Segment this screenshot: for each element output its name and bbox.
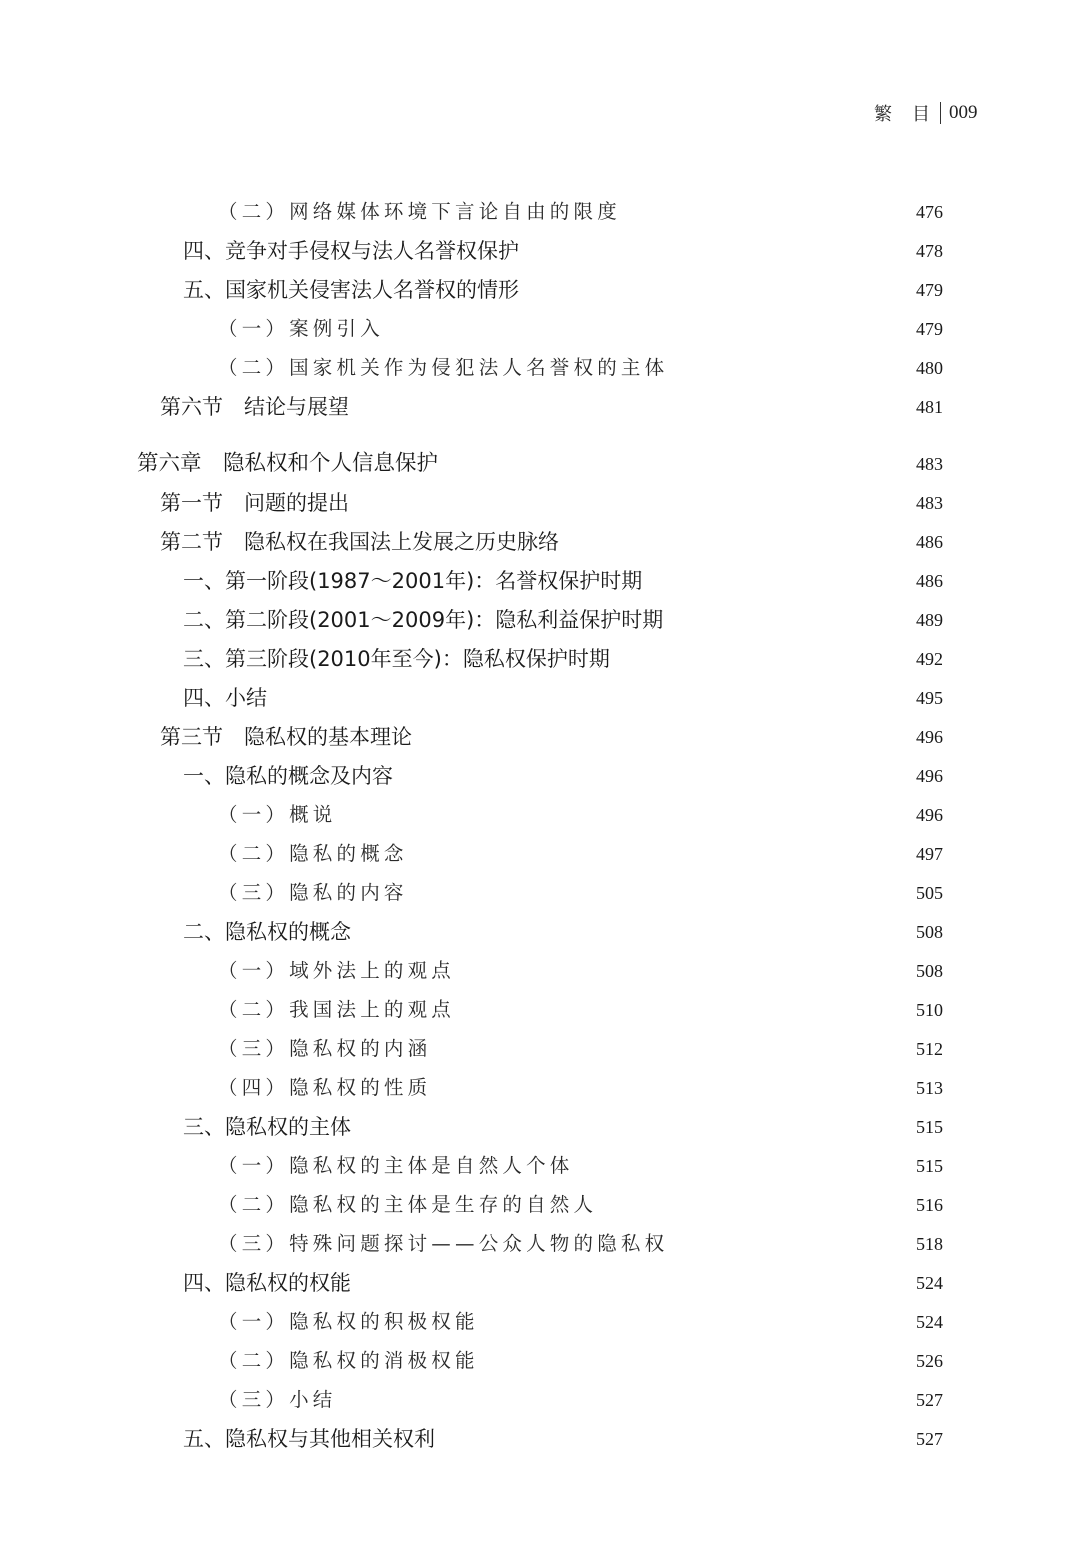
toc-entry-page-number: 497	[883, 839, 943, 869]
toc-entry-title[interactable]: （一）概说	[218, 800, 337, 830]
toc-entry[interactable]: （一）域外法上的观点508	[0, 956, 1080, 986]
toc-entry-page-number: 527	[883, 1385, 943, 1415]
toc-entry-title[interactable]: 二、隐私权的概念	[183, 917, 351, 947]
toc-entry-title[interactable]: 一、隐私的概念及内容	[183, 761, 393, 791]
toc-entry-title[interactable]: （二）隐私权的主体是生存的自然人	[218, 1190, 597, 1220]
toc-entry-page-number: 518	[883, 1229, 943, 1259]
toc-entry[interactable]: （一）概说496	[0, 800, 1080, 830]
toc-entry-page-number: 524	[883, 1268, 943, 1298]
toc-entry[interactable]: 第一节 问题的提出483	[0, 488, 1080, 518]
toc-entry-title[interactable]: 三、第三阶段(2010年至今)：隐私权保护时期	[183, 644, 610, 674]
toc-entry-title[interactable]: 五、隐私权与其他相关权利	[183, 1424, 435, 1454]
toc-entry-title[interactable]: 第六章 隐私权和个人信息保护	[137, 449, 438, 479]
toc-entry-title[interactable]: （三）隐私权的内涵	[218, 1034, 431, 1064]
toc-entry-page-number: 478	[883, 236, 943, 266]
toc-entry-page-number: 515	[883, 1112, 943, 1142]
toc-entry-title[interactable]: （一）隐私权的主体是自然人个体	[218, 1151, 574, 1181]
toc-entry-title[interactable]: （二）国家机关作为侵犯法人名誉权的主体	[218, 353, 668, 383]
toc-entry[interactable]: （四）隐私权的性质513	[0, 1073, 1080, 1103]
toc-entry-page-number: 492	[883, 644, 943, 674]
running-head: 繁目 009	[874, 100, 978, 126]
toc-entry-title[interactable]: （二）隐私的概念	[218, 839, 408, 869]
toc-entry-title[interactable]: 第二节 隐私权在我国法上发展之历史脉络	[160, 527, 559, 557]
toc-entry-page-number: 479	[883, 314, 943, 344]
toc-entry-title[interactable]: 四、竞争对手侵权与法人名誉权保护	[183, 236, 519, 266]
toc-entry-title[interactable]: 四、小结	[183, 683, 267, 713]
toc-entry-title[interactable]: 第六节 结论与展望	[160, 392, 349, 422]
toc-entry[interactable]: （二）网络媒体环境下言论自由的限度476	[0, 197, 1080, 227]
toc-entry-page-number: 513	[883, 1073, 943, 1103]
toc-entry[interactable]: 五、隐私权与其他相关权利527	[0, 1424, 1080, 1454]
toc-entry-page-number: 480	[883, 353, 943, 383]
toc-entry[interactable]: 第六节 结论与展望481	[0, 392, 1080, 422]
toc-entry-title[interactable]: （二）我国法上的观点	[218, 995, 455, 1025]
toc-entry-page-number: 479	[883, 275, 943, 305]
toc-entry[interactable]: 四、竞争对手侵权与法人名誉权保护478	[0, 236, 1080, 266]
toc-entry[interactable]: （一）案例引入479	[0, 314, 1080, 344]
toc-entry-page-number: 483	[883, 488, 943, 518]
toc-entry-title[interactable]: 三、隐私权的主体	[183, 1112, 351, 1142]
toc-entry[interactable]: 第二节 隐私权在我国法上发展之历史脉络486	[0, 527, 1080, 557]
toc-entry-page-number: 526	[883, 1346, 943, 1376]
toc-entry-page-number: 510	[883, 995, 943, 1025]
toc-entry-page-number: 496	[883, 722, 943, 752]
toc-entry[interactable]: 四、隐私权的权能524	[0, 1268, 1080, 1298]
running-head-divider	[940, 102, 941, 124]
toc-entry-title[interactable]: 五、国家机关侵害法人名誉权的情形	[183, 275, 519, 305]
toc-entry-page-number: 505	[883, 878, 943, 908]
toc-entry-page-number: 516	[883, 1190, 943, 1220]
toc-entry[interactable]: （三）小结527	[0, 1385, 1080, 1415]
toc-entry[interactable]: （二）隐私权的消极权能526	[0, 1346, 1080, 1376]
toc-entry-page-number: 496	[883, 800, 943, 830]
toc-entry-page-number: 496	[883, 761, 943, 791]
toc-entry-page-number: 489	[883, 605, 943, 635]
toc-entry-page-number: 495	[883, 683, 943, 713]
toc-entry[interactable]: 二、隐私权的概念508	[0, 917, 1080, 947]
toc-entry-page-number: 486	[883, 527, 943, 557]
toc-entry-title[interactable]: （三）特殊问题探讨——公众人物的隐私权	[218, 1229, 668, 1259]
toc-entry-title[interactable]: （二）网络媒体环境下言论自由的限度	[218, 197, 621, 227]
toc-entry-title[interactable]: （二）隐私权的消极权能	[218, 1346, 479, 1376]
toc-entry[interactable]: （一）隐私权的主体是自然人个体515	[0, 1151, 1080, 1181]
toc-entry-title[interactable]: 一、第一阶段(1987～2001年)：名誉权保护时期	[183, 566, 642, 596]
toc-entry-page-number: 483	[883, 449, 943, 479]
toc-entry[interactable]: 三、第三阶段(2010年至今)：隐私权保护时期492	[0, 644, 1080, 674]
toc-entry[interactable]: （三）隐私权的内涵512	[0, 1034, 1080, 1064]
toc-entry[interactable]: （二）隐私的概念497	[0, 839, 1080, 869]
toc-entry[interactable]: 二、第二阶段(2001～2009年)：隐私利益保护时期489	[0, 605, 1080, 635]
toc-entry[interactable]: （一）隐私权的积极权能524	[0, 1307, 1080, 1337]
toc-entry-page-number: 486	[883, 566, 943, 596]
running-head-page-number: 009	[949, 102, 978, 124]
toc-entry-title[interactable]: 二、第二阶段(2001～2009年)：隐私利益保护时期	[183, 605, 663, 635]
toc-entry-page-number: 481	[883, 392, 943, 422]
toc-entry-page-number: 515	[883, 1151, 943, 1181]
toc-entry-page-number: 527	[883, 1424, 943, 1454]
toc-entry[interactable]: 第六章 隐私权和个人信息保护483	[0, 449, 1080, 479]
toc-entry-title[interactable]: （一）隐私权的积极权能	[218, 1307, 479, 1337]
toc-entry[interactable]: （二）隐私权的主体是生存的自然人516	[0, 1190, 1080, 1220]
toc-entry[interactable]: 一、第一阶段(1987～2001年)：名誉权保护时期486	[0, 566, 1080, 596]
toc-entry-page-number: 524	[883, 1307, 943, 1337]
toc-entry-title[interactable]: （三）小结	[218, 1385, 337, 1415]
toc-entry-title[interactable]: （四）隐私权的性质	[218, 1073, 431, 1103]
toc-entry[interactable]: （三）特殊问题探讨——公众人物的隐私权518	[0, 1229, 1080, 1259]
toc-entry-page-number: 476	[883, 197, 943, 227]
toc-entry[interactable]: 三、隐私权的主体515	[0, 1112, 1080, 1142]
toc-entry-title[interactable]: 第三节 隐私权的基本理论	[160, 722, 412, 752]
toc-entry[interactable]: 第三节 隐私权的基本理论496	[0, 722, 1080, 752]
toc-entry-title[interactable]: 第一节 问题的提出	[160, 488, 349, 518]
toc-entry[interactable]: （三）隐私的内容505	[0, 878, 1080, 908]
toc-entry[interactable]: 五、国家机关侵害法人名誉权的情形479	[0, 275, 1080, 305]
toc-entry-page-number: 512	[883, 1034, 943, 1064]
toc-entry-title[interactable]: （一）案例引入	[218, 314, 384, 344]
toc-entry[interactable]: （二）我国法上的观点510	[0, 995, 1080, 1025]
toc-entry[interactable]: 四、小结495	[0, 683, 1080, 713]
running-head-title: 繁目	[874, 100, 950, 126]
toc-entry-page-number: 508	[883, 956, 943, 986]
toc-entry-page-number: 508	[883, 917, 943, 947]
toc-entry-title[interactable]: 四、隐私权的权能	[183, 1268, 351, 1298]
toc-entry-title[interactable]: （三）隐私的内容	[218, 878, 408, 908]
toc-entry-title[interactable]: （一）域外法上的观点	[218, 956, 455, 986]
toc-entry[interactable]: （二）国家机关作为侵犯法人名誉权的主体480	[0, 353, 1080, 383]
toc-entry[interactable]: 一、隐私的概念及内容496	[0, 761, 1080, 791]
